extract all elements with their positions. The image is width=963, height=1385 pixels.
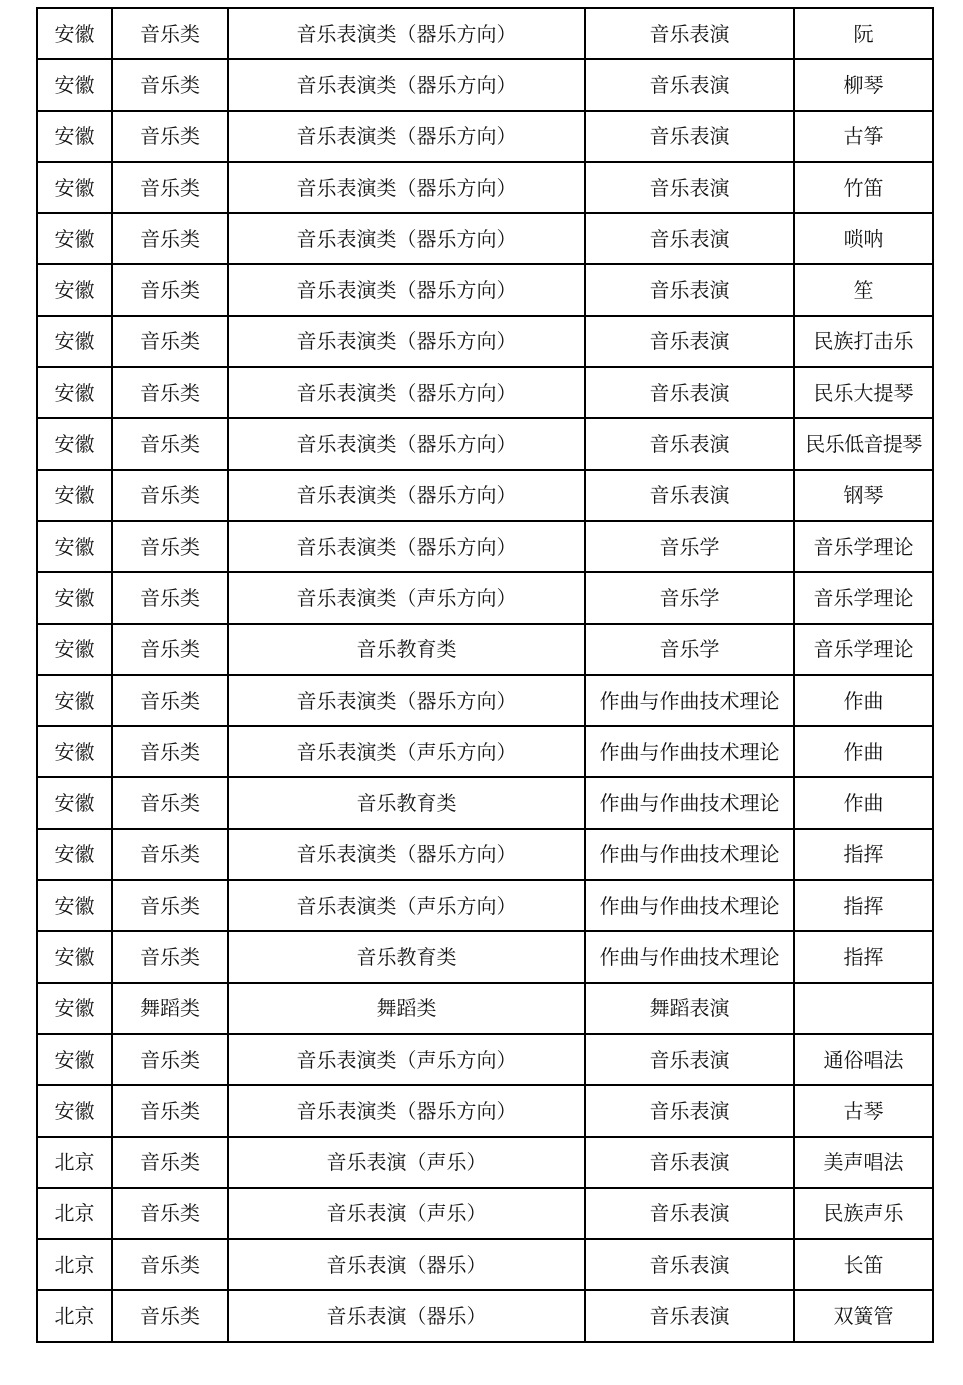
direction-cell: 音乐学理论 [794, 572, 933, 623]
table-row: 安徽音乐类音乐表演类（声乐方向）音乐学音乐学理论 [37, 572, 933, 623]
table-row: 北京音乐类音乐表演（器乐）音乐表演长笛 [37, 1239, 933, 1290]
table-row: 安徽音乐类音乐表演类（器乐方向）音乐表演笙 [37, 264, 933, 315]
major-cell: 音乐表演 [585, 213, 794, 264]
category-cell: 音乐类 [112, 1239, 228, 1290]
province-cell: 安徽 [37, 418, 112, 469]
direction-cell: 古筝 [794, 111, 933, 162]
exam-type-cell: 舞蹈类 [228, 983, 585, 1034]
province-cell: 安徽 [37, 829, 112, 880]
table-row: 安徽音乐类音乐表演类（器乐方向）音乐表演民族打击乐 [37, 316, 933, 367]
province-cell: 北京 [37, 1239, 112, 1290]
province-cell: 北京 [37, 1290, 112, 1341]
exam-type-cell: 音乐教育类 [228, 931, 585, 982]
province-cell: 安徽 [37, 162, 112, 213]
direction-cell: 民乐大提琴 [794, 367, 933, 418]
table-row: 安徽音乐类音乐表演类（器乐方向）音乐表演古琴 [37, 1085, 933, 1136]
exam-type-cell: 音乐表演类（器乐方向） [228, 418, 585, 469]
major-cell: 作曲与作曲技术理论 [585, 931, 794, 982]
direction-cell: 作曲 [794, 777, 933, 828]
category-cell: 音乐类 [112, 111, 228, 162]
direction-cell: 作曲 [794, 726, 933, 777]
category-cell: 音乐类 [112, 829, 228, 880]
table-row: 安徽音乐类音乐表演类（器乐方向）音乐表演竹笛 [37, 162, 933, 213]
major-cell: 音乐表演 [585, 111, 794, 162]
province-cell: 安徽 [37, 983, 112, 1034]
exam-type-cell: 音乐表演（声乐） [228, 1188, 585, 1239]
exam-type-cell: 音乐表演类（器乐方向） [228, 1085, 585, 1136]
table-row: 安徽音乐类音乐表演类（声乐方向）作曲与作曲技术理论作曲 [37, 726, 933, 777]
table-body: 安徽音乐类音乐表演类（器乐方向）音乐表演阮安徽音乐类音乐表演类（器乐方向）音乐表… [37, 8, 933, 1342]
exam-type-cell: 音乐表演类（器乐方向） [228, 367, 585, 418]
exam-type-cell: 音乐表演类（器乐方向） [228, 316, 585, 367]
admissions-table: 安徽音乐类音乐表演类（器乐方向）音乐表演阮安徽音乐类音乐表演类（器乐方向）音乐表… [36, 7, 934, 1343]
province-cell: 安徽 [37, 8, 112, 59]
province-cell: 安徽 [37, 1034, 112, 1085]
category-cell: 音乐类 [112, 8, 228, 59]
province-cell: 安徽 [37, 726, 112, 777]
province-cell: 安徽 [37, 111, 112, 162]
major-cell: 作曲与作曲技术理论 [585, 777, 794, 828]
major-cell: 舞蹈表演 [585, 983, 794, 1034]
table-row: 北京音乐类音乐表演（声乐）音乐表演民族声乐 [37, 1188, 933, 1239]
province-cell: 安徽 [37, 521, 112, 572]
direction-cell: 民族打击乐 [794, 316, 933, 367]
province-cell: 安徽 [37, 316, 112, 367]
direction-cell: 民乐低音提琴 [794, 418, 933, 469]
table-row: 安徽舞蹈类舞蹈类舞蹈表演 [37, 983, 933, 1034]
province-cell: 北京 [37, 1188, 112, 1239]
category-cell: 音乐类 [112, 931, 228, 982]
exam-type-cell: 音乐表演类（器乐方向） [228, 521, 585, 572]
exam-type-cell: 音乐表演类（声乐方向） [228, 572, 585, 623]
category-cell: 音乐类 [112, 162, 228, 213]
major-cell: 音乐表演 [585, 8, 794, 59]
category-cell: 音乐类 [112, 521, 228, 572]
province-cell: 安徽 [37, 624, 112, 675]
direction-cell: 指挥 [794, 931, 933, 982]
table-row: 安徽音乐类音乐表演类（器乐方向）音乐表演古筝 [37, 111, 933, 162]
province-cell: 安徽 [37, 470, 112, 521]
category-cell: 音乐类 [112, 213, 228, 264]
direction-cell: 柳琴 [794, 59, 933, 110]
direction-cell: 钢琴 [794, 470, 933, 521]
table-row: 安徽音乐类音乐教育类作曲与作曲技术理论作曲 [37, 777, 933, 828]
major-cell: 音乐表演 [585, 59, 794, 110]
province-cell: 安徽 [37, 367, 112, 418]
major-cell: 音乐表演 [585, 264, 794, 315]
table-row: 安徽音乐类音乐表演类（器乐方向）音乐表演民乐大提琴 [37, 367, 933, 418]
table-row: 北京音乐类音乐表演（器乐）音乐表演双簧管 [37, 1290, 933, 1341]
direction-cell: 作曲 [794, 675, 933, 726]
direction-cell: 指挥 [794, 829, 933, 880]
table-row: 安徽音乐类音乐表演类（声乐方向）音乐表演通俗唱法 [37, 1034, 933, 1085]
category-cell: 音乐类 [112, 1085, 228, 1136]
major-cell: 音乐表演 [585, 1239, 794, 1290]
province-cell: 安徽 [37, 572, 112, 623]
table-row: 安徽音乐类音乐表演类（器乐方向）音乐表演钢琴 [37, 470, 933, 521]
major-cell: 作曲与作曲技术理论 [585, 880, 794, 931]
table-row: 安徽音乐类音乐表演类（器乐方向）作曲与作曲技术理论指挥 [37, 829, 933, 880]
major-cell: 作曲与作曲技术理论 [585, 829, 794, 880]
exam-type-cell: 音乐教育类 [228, 624, 585, 675]
direction-cell: 美声唱法 [794, 1137, 933, 1188]
category-cell: 音乐类 [112, 59, 228, 110]
direction-cell: 民族声乐 [794, 1188, 933, 1239]
major-cell: 音乐表演 [585, 1188, 794, 1239]
exam-type-cell: 音乐教育类 [228, 777, 585, 828]
major-cell: 音乐表演 [585, 316, 794, 367]
province-cell: 安徽 [37, 777, 112, 828]
category-cell: 音乐类 [112, 572, 228, 623]
major-cell: 音乐表演 [585, 470, 794, 521]
table-row: 安徽音乐类音乐表演类（器乐方向）音乐学音乐学理论 [37, 521, 933, 572]
direction-cell: 竹笛 [794, 162, 933, 213]
category-cell: 音乐类 [112, 1290, 228, 1341]
major-cell: 音乐表演 [585, 418, 794, 469]
direction-cell: 音乐学理论 [794, 521, 933, 572]
category-cell: 音乐类 [112, 264, 228, 315]
exam-type-cell: 音乐表演（器乐） [228, 1239, 585, 1290]
category-cell: 音乐类 [112, 726, 228, 777]
exam-type-cell: 音乐表演类（器乐方向） [228, 675, 585, 726]
table-row: 安徽音乐类音乐教育类音乐学音乐学理论 [37, 624, 933, 675]
direction-cell: 指挥 [794, 880, 933, 931]
table-row: 安徽音乐类音乐教育类作曲与作曲技术理论指挥 [37, 931, 933, 982]
major-cell: 音乐表演 [585, 1034, 794, 1085]
major-cell: 音乐学 [585, 572, 794, 623]
province-cell: 安徽 [37, 880, 112, 931]
category-cell: 音乐类 [112, 1188, 228, 1239]
table-row: 安徽音乐类音乐表演类（器乐方向）音乐表演唢呐 [37, 213, 933, 264]
exam-type-cell: 音乐表演类（器乐方向） [228, 264, 585, 315]
category-cell: 音乐类 [112, 418, 228, 469]
exam-type-cell: 音乐表演类（声乐方向） [228, 1034, 585, 1085]
exam-type-cell: 音乐表演（声乐） [228, 1137, 585, 1188]
exam-type-cell: 音乐表演（器乐） [228, 1290, 585, 1341]
exam-type-cell: 音乐表演类（器乐方向） [228, 213, 585, 264]
major-cell: 音乐学 [585, 624, 794, 675]
direction-cell: 长笛 [794, 1239, 933, 1290]
category-cell: 音乐类 [112, 675, 228, 726]
table-row: 安徽音乐类音乐表演类（器乐方向）音乐表演民乐低音提琴 [37, 418, 933, 469]
table-row: 安徽音乐类音乐表演类（器乐方向）音乐表演阮 [37, 8, 933, 59]
category-cell: 音乐类 [112, 880, 228, 931]
exam-type-cell: 音乐表演类（器乐方向） [228, 470, 585, 521]
major-cell: 音乐表演 [585, 162, 794, 213]
direction-cell [794, 983, 933, 1034]
province-cell: 安徽 [37, 1085, 112, 1136]
exam-type-cell: 音乐表演类（器乐方向） [228, 829, 585, 880]
exam-type-cell: 音乐表演类（器乐方向） [228, 162, 585, 213]
major-cell: 作曲与作曲技术理论 [585, 726, 794, 777]
province-cell: 安徽 [37, 675, 112, 726]
direction-cell: 古琴 [794, 1085, 933, 1136]
direction-cell: 音乐学理论 [794, 624, 933, 675]
table-row: 北京音乐类音乐表演（声乐）音乐表演美声唱法 [37, 1137, 933, 1188]
category-cell: 音乐类 [112, 470, 228, 521]
admissions-table-container: 安徽音乐类音乐表演类（器乐方向）音乐表演阮安徽音乐类音乐表演类（器乐方向）音乐表… [36, 7, 934, 1343]
direction-cell: 阮 [794, 8, 933, 59]
province-cell: 北京 [37, 1137, 112, 1188]
province-cell: 安徽 [37, 213, 112, 264]
category-cell: 音乐类 [112, 624, 228, 675]
direction-cell: 通俗唱法 [794, 1034, 933, 1085]
major-cell: 音乐表演 [585, 1290, 794, 1341]
category-cell: 音乐类 [112, 777, 228, 828]
direction-cell: 双簧管 [794, 1290, 933, 1341]
province-cell: 安徽 [37, 264, 112, 315]
exam-type-cell: 音乐表演类（器乐方向） [228, 59, 585, 110]
category-cell: 舞蹈类 [112, 983, 228, 1034]
table-row: 安徽音乐类音乐表演类（器乐方向）音乐表演柳琴 [37, 59, 933, 110]
category-cell: 音乐类 [112, 1034, 228, 1085]
province-cell: 安徽 [37, 59, 112, 110]
category-cell: 音乐类 [112, 316, 228, 367]
direction-cell: 笙 [794, 264, 933, 315]
major-cell: 音乐学 [585, 521, 794, 572]
direction-cell: 唢呐 [794, 213, 933, 264]
category-cell: 音乐类 [112, 367, 228, 418]
exam-type-cell: 音乐表演类（声乐方向） [228, 880, 585, 931]
major-cell: 音乐表演 [585, 1137, 794, 1188]
major-cell: 作曲与作曲技术理论 [585, 675, 794, 726]
exam-type-cell: 音乐表演类（器乐方向） [228, 111, 585, 162]
table-row: 安徽音乐类音乐表演类（声乐方向）作曲与作曲技术理论指挥 [37, 880, 933, 931]
exam-type-cell: 音乐表演类（声乐方向） [228, 726, 585, 777]
major-cell: 音乐表演 [585, 367, 794, 418]
province-cell: 安徽 [37, 931, 112, 982]
major-cell: 音乐表演 [585, 1085, 794, 1136]
category-cell: 音乐类 [112, 1137, 228, 1188]
exam-type-cell: 音乐表演类（器乐方向） [228, 8, 585, 59]
table-row: 安徽音乐类音乐表演类（器乐方向）作曲与作曲技术理论作曲 [37, 675, 933, 726]
